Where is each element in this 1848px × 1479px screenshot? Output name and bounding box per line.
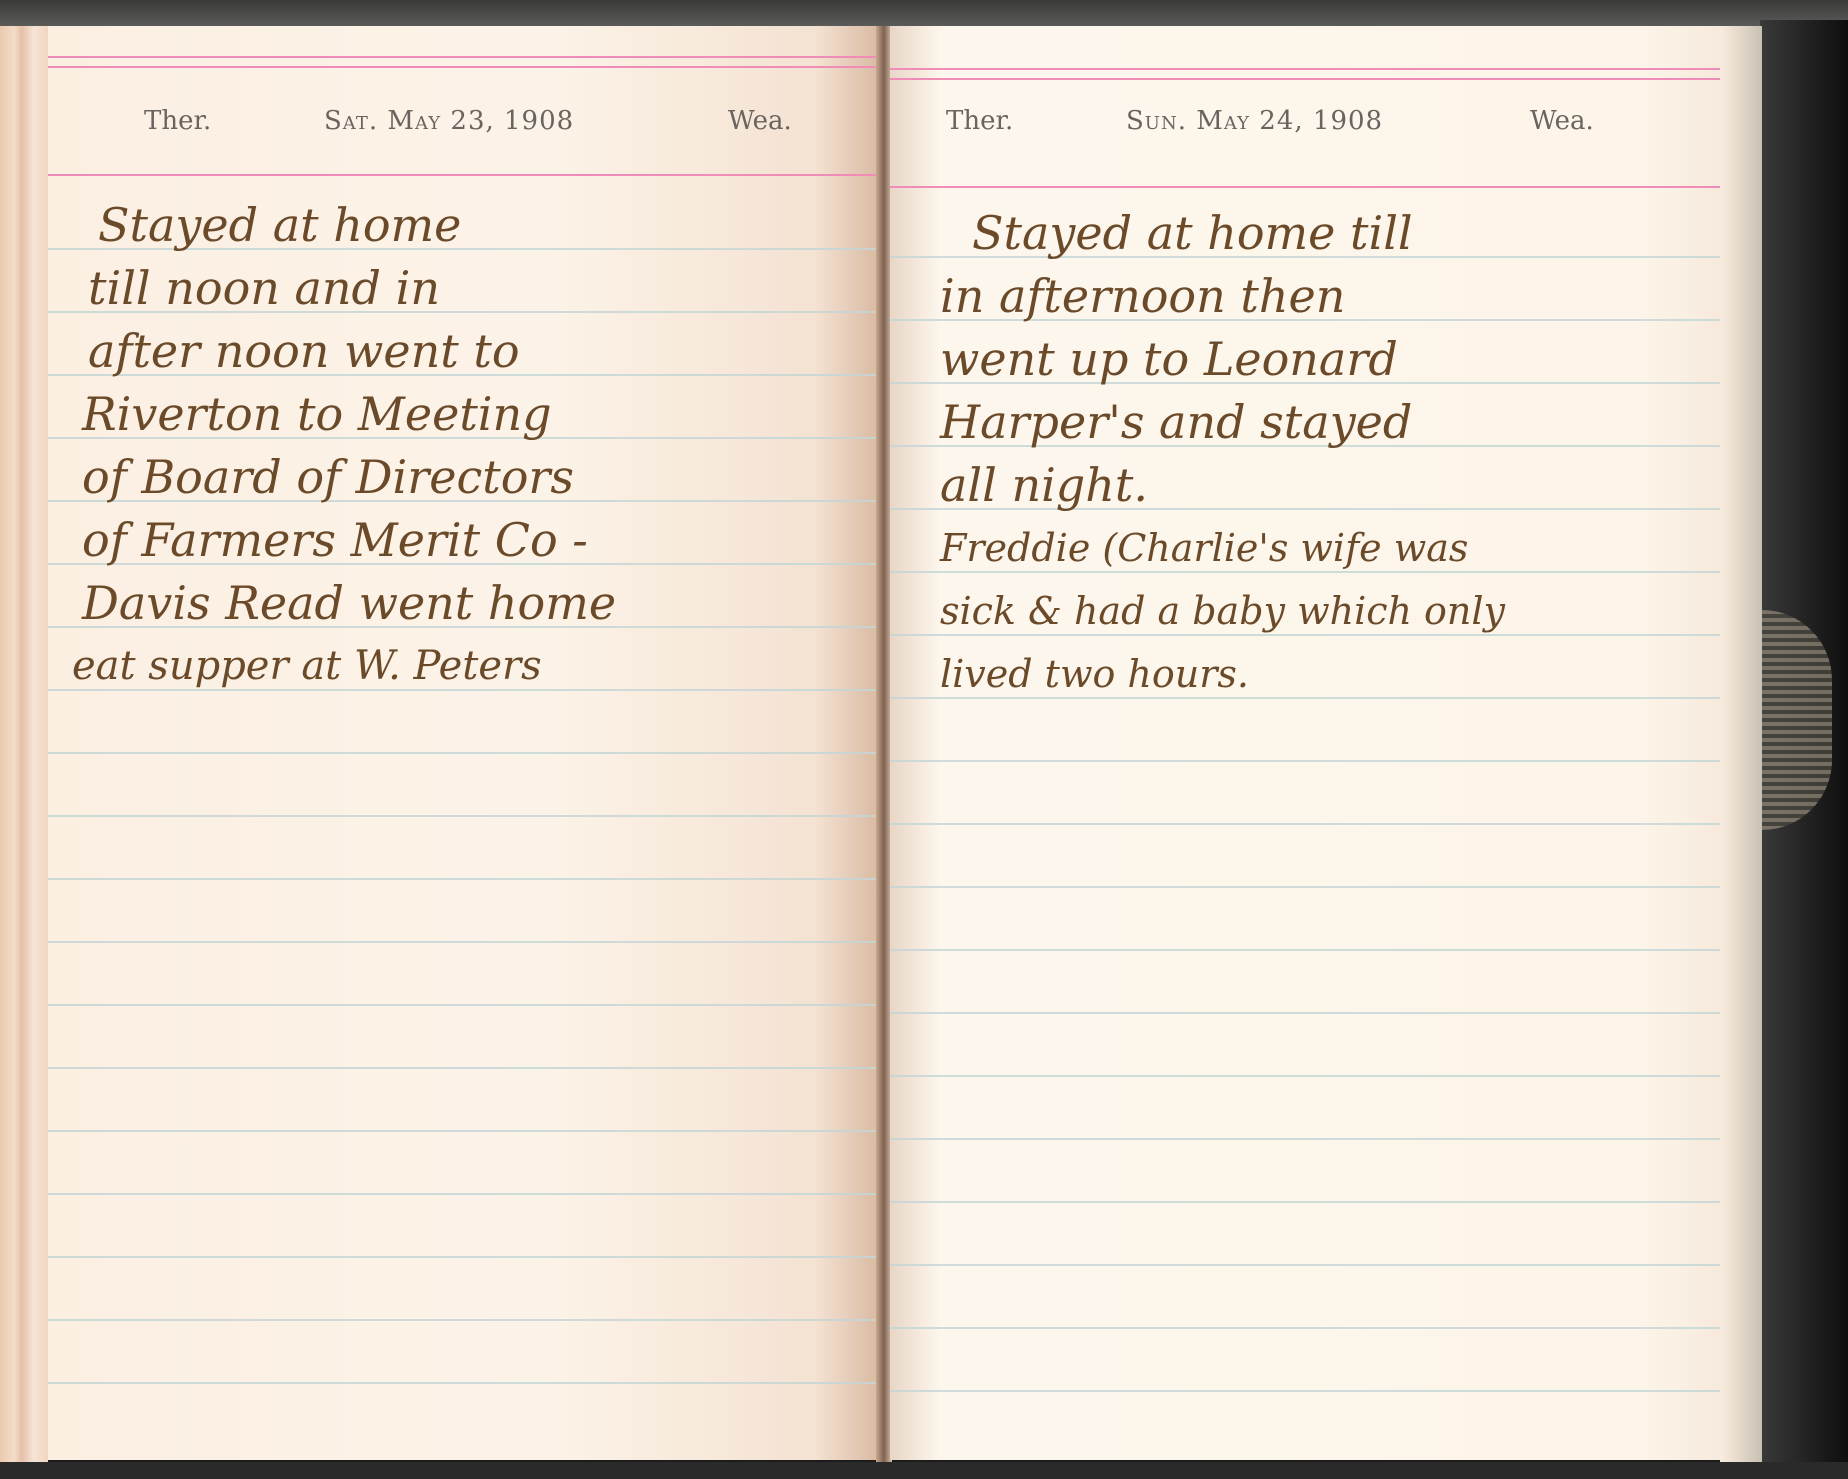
ruled-line <box>890 1390 1720 1392</box>
right-page: Ther. Sun. May 24, 1908 Wea. Stayed at h… <box>890 26 1720 1460</box>
ruled-line <box>890 1201 1720 1203</box>
entry-line: all night. <box>890 454 1720 517</box>
page-date: Sat. May 23, 1908 <box>324 106 574 136</box>
ruled-line <box>890 1264 1720 1266</box>
ruled-line <box>48 752 882 754</box>
header-rule <box>890 78 1720 80</box>
ruled-line <box>48 815 882 817</box>
background-bottom <box>0 1462 1848 1479</box>
ruled-line <box>48 941 882 943</box>
ruled-line <box>890 760 1720 762</box>
ruled-line <box>890 1327 1720 1329</box>
header-rule <box>48 66 882 68</box>
entry-line: of Farmers Merit Co - <box>48 509 882 572</box>
entry-line: lived two hours. <box>890 643 1720 706</box>
entry-line: Stayed at home till <box>890 202 1720 265</box>
diary-entry: Stayed at home till noon and in after no… <box>48 194 882 698</box>
ruled-line <box>48 1382 882 1384</box>
ruled-line <box>890 1012 1720 1014</box>
ruled-line <box>48 1193 882 1195</box>
ruled-line <box>890 886 1720 888</box>
header-rule <box>890 186 1720 188</box>
ruled-line <box>48 1067 882 1069</box>
header-rule <box>890 68 1720 70</box>
entry-line: went up to Leonard <box>890 328 1720 391</box>
entry-line: of Board of Directors <box>48 446 882 509</box>
entry-line: Freddie (Charlie's wife was <box>890 517 1720 580</box>
diary-entry: Stayed at home till in afternoon then we… <box>890 202 1720 706</box>
ruled-line <box>48 1004 882 1006</box>
page-date: Sun. May 24, 1908 <box>1126 106 1383 136</box>
background-top <box>0 0 1848 26</box>
entry-line: sick & had a baby which only <box>890 580 1720 643</box>
ther-label: Ther. <box>946 106 1013 136</box>
entry-line: Stayed at home <box>48 194 882 257</box>
entry-line: till noon and in <box>48 257 882 320</box>
ruled-line <box>48 1256 882 1258</box>
wea-label: Wea. <box>728 106 792 136</box>
entry-line: Riverton to Meeting <box>48 383 882 446</box>
ruled-line <box>890 1075 1720 1077</box>
header-rule <box>48 56 882 58</box>
entry-line: eat supper at W. Peters <box>48 635 882 698</box>
ruled-line <box>48 878 882 880</box>
entry-line: in afternoon then <box>890 265 1720 328</box>
wea-label: Wea. <box>1530 106 1594 136</box>
page-edges-left <box>0 26 48 1462</box>
ruled-line <box>48 1319 882 1321</box>
ruled-line <box>890 1138 1720 1140</box>
page-edges-right <box>1720 26 1762 1462</box>
ther-label: Ther. <box>144 106 211 136</box>
entry-line: Harper's and stayed <box>890 391 1720 454</box>
entry-line: after noon went to <box>48 320 882 383</box>
ruled-line <box>890 823 1720 825</box>
ruled-line <box>890 949 1720 951</box>
ruled-line <box>48 1130 882 1132</box>
entry-line: Davis Read went home <box>48 572 882 635</box>
left-page: Ther. Sat. May 23, 1908 Wea. Stayed at h… <box>48 26 882 1460</box>
header-rule <box>48 174 882 176</box>
